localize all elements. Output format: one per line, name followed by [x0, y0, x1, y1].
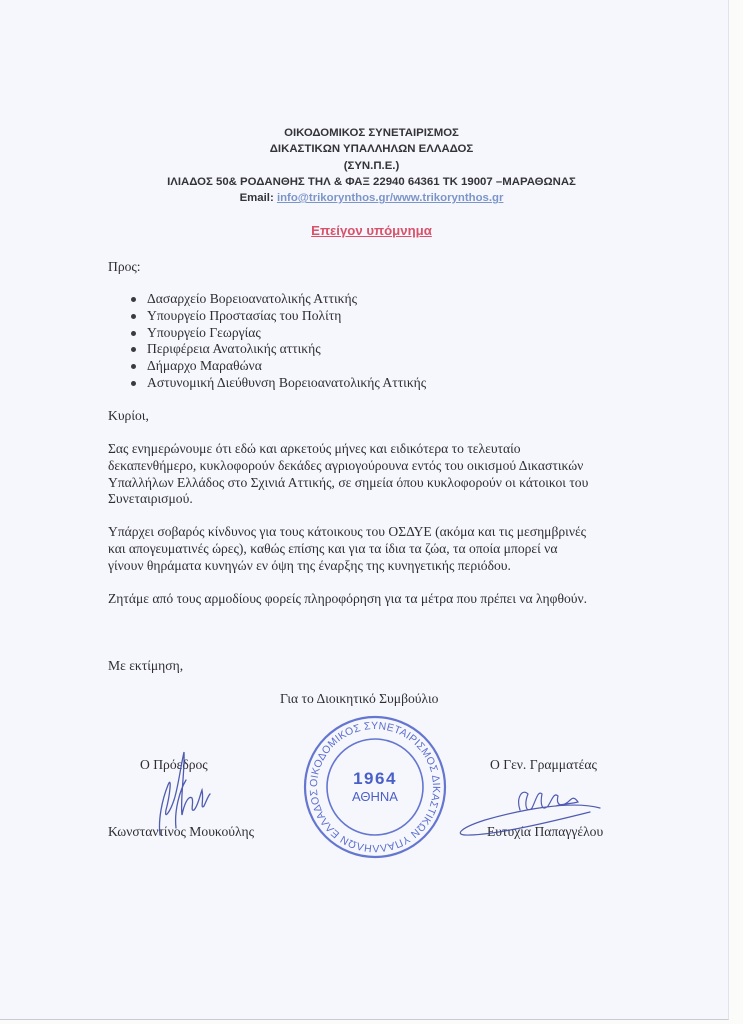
recipient-text: Υπουργείο Γεωργίας [147, 325, 261, 340]
closing: Με εκτίμηση, [108, 658, 183, 675]
email-label: Email: [240, 192, 274, 204]
recipient-text: Υπουργείο Προστασίας του Πολίτη [147, 308, 341, 323]
recipient-text: Αστυνομική Διεύθυνση Βορειοανατολικής Ατ… [147, 375, 426, 390]
list-item: Περιφέρεια Ανατολικής αττικής [108, 341, 426, 358]
recipient-text: Δασαρχείο Βορειοανατολικής Αττικής [147, 291, 357, 306]
list-item: Υπουργείο Προστασίας του Πολίτη [108, 308, 426, 325]
recipient-text: Περιφέρεια Ανατολικής αττικής [147, 341, 321, 356]
paragraph-2: Υπάρχει σοβαρός κίνδυνος για τους κάτοικ… [108, 524, 688, 574]
board-line: Για το Διοικητικό Συμβούλιο [280, 691, 438, 708]
paragraph-line: και απογευματινές ώρες), καθώς επίσης κα… [108, 541, 688, 558]
stamp-city: ΑΘΗΝΑ [352, 789, 398, 804]
president-signature [140, 740, 220, 840]
bullet-icon [131, 297, 136, 302]
paragraph-3: Ζητάμε από τους αρμοδίους φορείς πληροφό… [108, 591, 688, 608]
paragraph-line: Συνεταιρισμού. [108, 491, 688, 508]
recipient-text: Δήμαρχο Μαραθώνα [147, 358, 262, 373]
list-item: Υπουργείο Γεωργίας [108, 325, 426, 342]
official-stamp: ΟΙΚΟΔΟΜΙΚΟΣ ΣΥΝΕΤΑΙΡΙΣΜΟΣ ΔΙΚΑΣΤΙΚΩΝ ΥΠΑ… [300, 712, 450, 862]
salutation: Κυρίοι, [108, 408, 149, 425]
email-line: Email: info@trikorynthos.gr/www.trikoryn… [0, 190, 743, 206]
document-title: Επείγον υπόμνημα [0, 223, 743, 238]
list-item: Δήμαρχο Μαραθώνα [108, 358, 426, 375]
paragraph-line: Ζητάμε από τους αρμοδίους φορείς πληροφό… [108, 591, 688, 608]
email-link[interactable]: info@trikorynthos.gr/www.trikorynthos.gr [277, 192, 503, 204]
secretary-role: Ο Γεν. Γραμματέας [490, 757, 597, 774]
bullet-icon [131, 347, 136, 352]
letterhead: ΟΙΚΟΔΟΜΙΚΟΣ ΣΥΝΕΤΑΙΡΙΣΜΟΣ ΔΙΚΑΣΤΙΚΩΝ ΥΠΑ… [0, 125, 743, 206]
org-abbreviation: (ΣΥΝ.Π.Ε.) [0, 158, 743, 174]
bullet-icon [131, 381, 136, 386]
paragraph-line: γίνουν θηράματα κυνηγών εν όψη της έναρξ… [108, 558, 688, 575]
bullet-icon [131, 331, 136, 336]
bullet-icon [131, 314, 136, 319]
paragraph-1: Σας ενημερώνουμε ότι εδώ και αρκετούς μή… [108, 441, 688, 508]
paragraph-line: δεκαπενθήμερο, κυκλοφορούν δεκάδες αγριο… [108, 458, 688, 475]
to-label: Προς: [108, 259, 141, 276]
paragraph-line: Υπάρχει σοβαρός κίνδυνος για τους κάτοικ… [108, 524, 688, 541]
bullet-icon [131, 364, 136, 369]
paragraph-line: Υπαλλήλων Ελλάδος στο Σχινιά Αττικής, σε… [108, 475, 688, 492]
paragraph-line: Σας ενημερώνουμε ότι εδώ και αρκετούς μή… [108, 441, 688, 458]
list-item: Αστυνομική Διεύθυνση Βορειοανατολικής Ατ… [108, 375, 426, 392]
org-name-line1: ΟΙΚΟΔΟΜΙΚΟΣ ΣΥΝΕΤΑΙΡΙΣΜΟΣ [0, 125, 743, 141]
stamp-year: 1964 [353, 769, 397, 788]
org-name-line2: ΔΙΚΑΣΤΙΚΩΝ ΥΠΑΛΛΗΛΩΝ ΕΛΛΑΔΟΣ [0, 141, 743, 157]
secretary-signature [450, 780, 610, 840]
org-address: ΙΛΙΑΔΟΣ 50& ΡΟΔΑΝΘΗΣ ΤΗΛ & ΦΑΞ 22940 643… [0, 174, 743, 190]
list-item: Δασαρχείο Βορειοανατολικής Αττικής [108, 291, 426, 308]
recipients-list: Δασαρχείο Βορειοανατολικής Αττικής Υπουρ… [108, 291, 426, 392]
